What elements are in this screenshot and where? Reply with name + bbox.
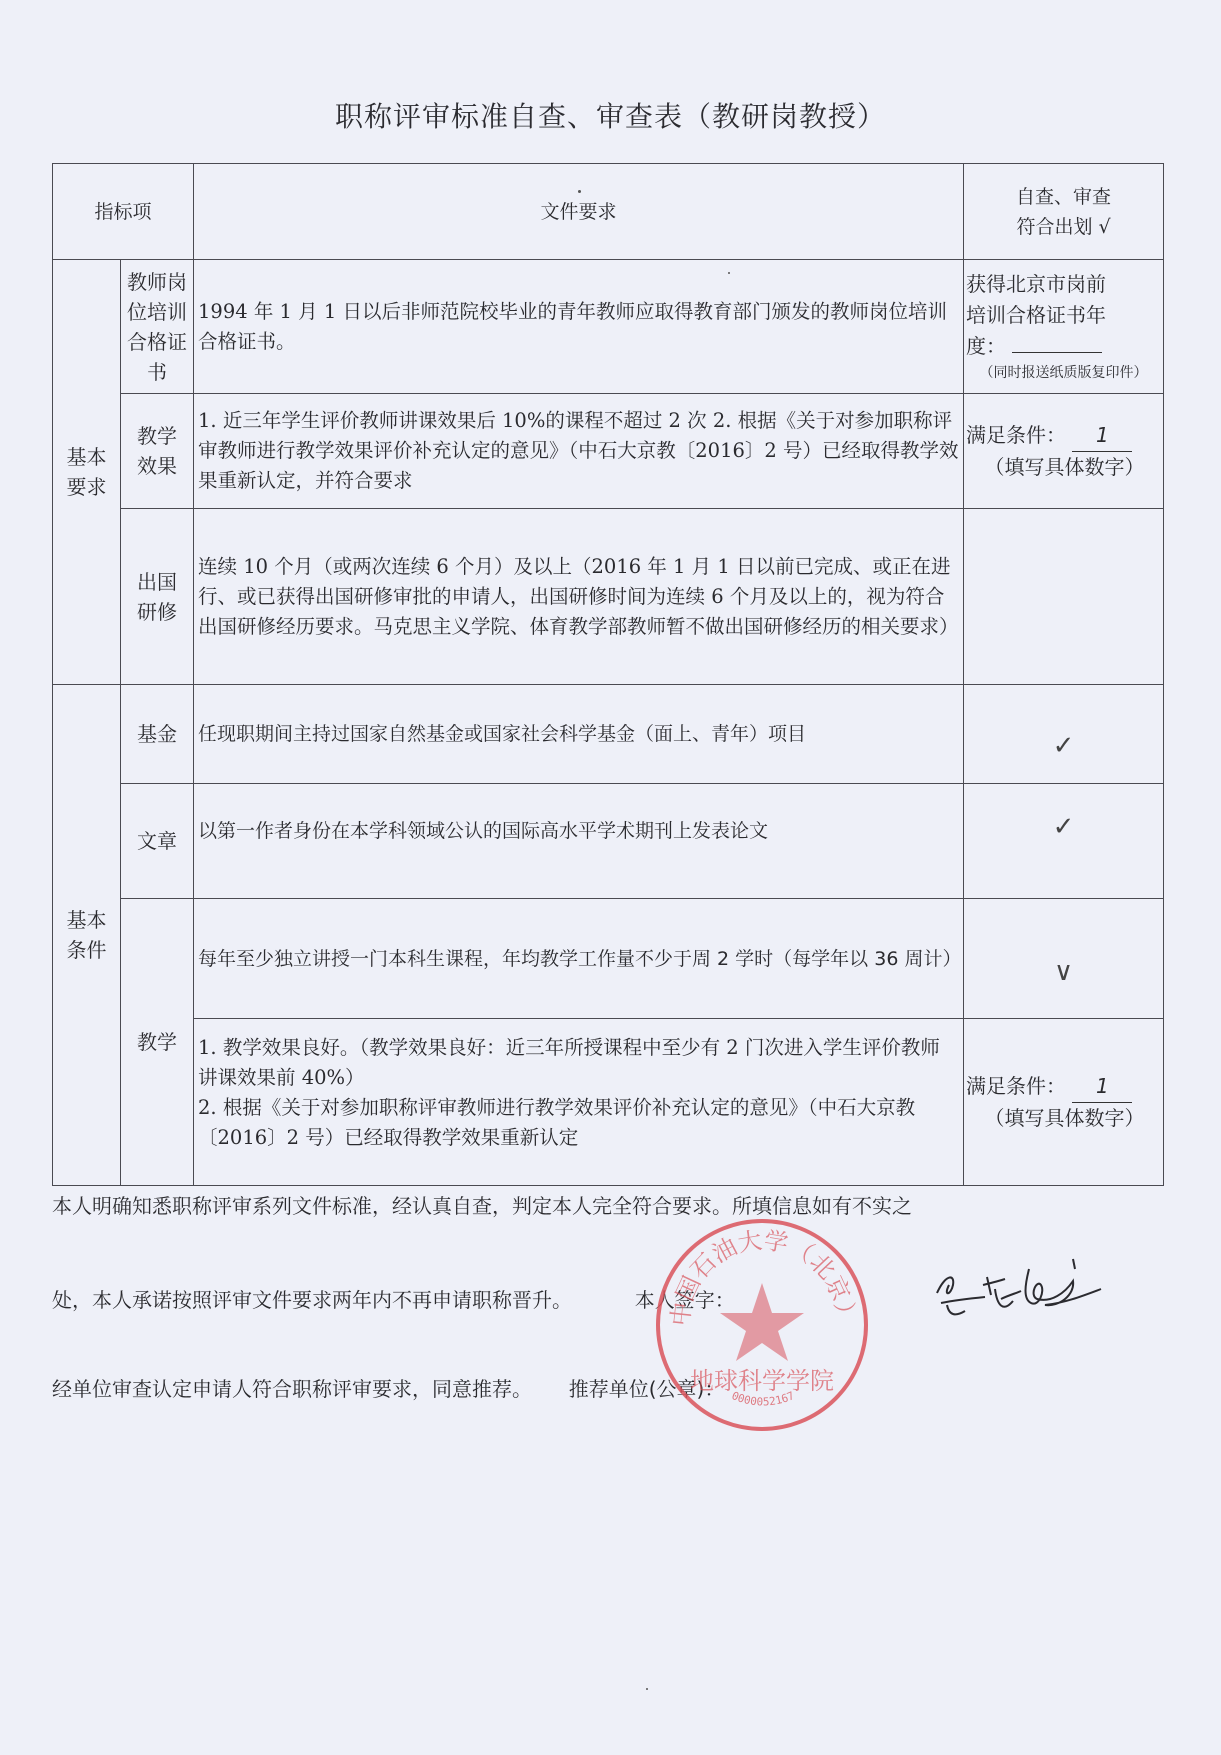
checkmark-icon: ✓ xyxy=(1053,731,1075,761)
table-row-training-certificate: 基本 要求 教师岗 位培训 合格证 书 1994 年 1 月 1 日以后非师范院… xyxy=(53,260,1164,394)
check-teaching-load[interactable]: ∨ xyxy=(964,899,1164,1019)
checkmark-icon: ✓ xyxy=(1053,812,1075,842)
item-teaching: 教学 xyxy=(121,899,194,1186)
requirement-teaching-quality: 1. 教学效果良好。（教学效果良好：近三年所授课程中至少有 2 门次进入学生评价… xyxy=(194,1019,964,1186)
requirement-teaching-load: 每年至少独立讲授一门本科生课程，年均教学工作量不少于周 2 学时（每学年以 36… xyxy=(194,899,964,1019)
header-check: 自查、审查 符合出划 √ xyxy=(964,164,1164,260)
header-indicator: 指标项 xyxy=(53,164,194,260)
category-basic-conditions: 基本 条件 xyxy=(53,685,121,1186)
official-seal: 中国石油大学（北京） 地球科学学院 0000052167 xyxy=(650,1213,875,1438)
item-article: 文章 xyxy=(121,784,194,899)
scan-speck xyxy=(578,190,581,193)
satisfied-count-field[interactable]: 1 xyxy=(1072,1071,1132,1103)
checkmark-icon: ∨ xyxy=(1054,957,1073,987)
header-requirement: 文件要求 xyxy=(194,164,964,260)
item-overseas-study: 出国 研修 xyxy=(121,509,194,685)
table-header-row: 指标项 文件要求 自查、审查 符合出划 √ xyxy=(53,164,1164,260)
declaration-line-2: 处，本人承诺按照评审文件要求两年内不再申请职称晋升。 本人签字： xyxy=(52,1284,735,1313)
requirement-fund: 任现职期间主持过国家自然基金或国家社会科学基金（面上、青年）项目 xyxy=(194,685,964,784)
copy-note: （同时报送纸质版复印件） xyxy=(964,362,1163,384)
check-teaching-effect: 满足条件： 1 （填写具体数字） xyxy=(964,394,1164,509)
header-check-line2: 符合出划 √ xyxy=(964,212,1163,242)
requirement-overseas-study: 连续 10 个月（或两次连续 6 个月）及以上（2016 年 1 月 1 日以前… xyxy=(194,509,964,685)
check-training-certificate: 获得北京市岗前 培训合格证书年 度： （同时报送纸质版复印件） xyxy=(964,260,1164,394)
satisfied-count-field[interactable]: 1 xyxy=(1072,420,1132,452)
item-training-certificate: 教师岗 位培训 合格证 书 xyxy=(121,260,194,394)
requirement-teaching-effect: 1. 近三年学生评价教师讲课效果后 10%的课程不超过 2 次 2. 根据《关于… xyxy=(194,394,964,509)
table-row-article: 文章 以第一作者身份在本学科领域公认的国际高水平学术期刊上发表论文 ✓ xyxy=(53,784,1164,899)
header-check-line1: 自查、审查 xyxy=(964,182,1163,212)
requirement-article: 以第一作者身份在本学科领域公认的国际高水平学术期刊上发表论文 xyxy=(194,784,964,899)
table-row-teaching-load: 教学 每年至少独立讲授一门本科生课程，年均教学工作量不少于周 2 学时（每学年以… xyxy=(53,899,1164,1019)
seal-bottom-text: 地球科学学院 xyxy=(690,1367,834,1395)
item-teaching-effect: 教学 效果 xyxy=(121,394,194,509)
certificate-year-field[interactable] xyxy=(1012,352,1102,353)
check-overseas-study[interactable] xyxy=(964,509,1164,685)
table-row-teaching-effect: 教学 效果 1. 近三年学生评价教师讲课效果后 10%的课程不超过 2 次 2.… xyxy=(53,394,1164,509)
scan-speck xyxy=(646,1688,648,1690)
declaration-line-3: 经单位审查认定申请人符合职称评审要求，同意推荐。 推荐单位(公章)： xyxy=(52,1373,724,1402)
page-title: 职称评审标准自查、审查表（教研岗教授） xyxy=(0,95,1221,135)
review-form-table: 指标项 文件要求 自查、审查 符合出划 √ 基本 要求 教师岗 位培训 合格证 … xyxy=(52,163,1164,1186)
check-article[interactable]: ✓ xyxy=(964,784,1164,899)
table-row-overseas-study: 出国 研修 连续 10 个月（或两次连续 6 个月）及以上（2016 年 1 月… xyxy=(53,509,1164,685)
table-row-fund: 基本 条件 基金 任现职期间主持过国家自然基金或国家社会科学基金（面上、青年）项… xyxy=(53,685,1164,784)
handwritten-signature[interactable] xyxy=(925,1255,1105,1325)
table-row-teaching-quality: 1. 教学效果良好。（教学效果良好：近三年所授课程中至少有 2 门次进入学生评价… xyxy=(53,1019,1164,1186)
item-fund: 基金 xyxy=(121,685,194,784)
scan-speck xyxy=(728,272,730,274)
check-teaching-quality: 满足条件： 1 （填写具体数字） xyxy=(964,1019,1164,1186)
star-icon xyxy=(720,1283,804,1361)
category-basic-requirements: 基本 要求 xyxy=(53,260,121,685)
check-fund[interactable]: ✓ xyxy=(964,685,1164,784)
requirement-training-certificate: 1994 年 1 月 1 日以后非师范院校毕业的青年教师应取得教育部门颁发的教师… xyxy=(194,260,964,394)
